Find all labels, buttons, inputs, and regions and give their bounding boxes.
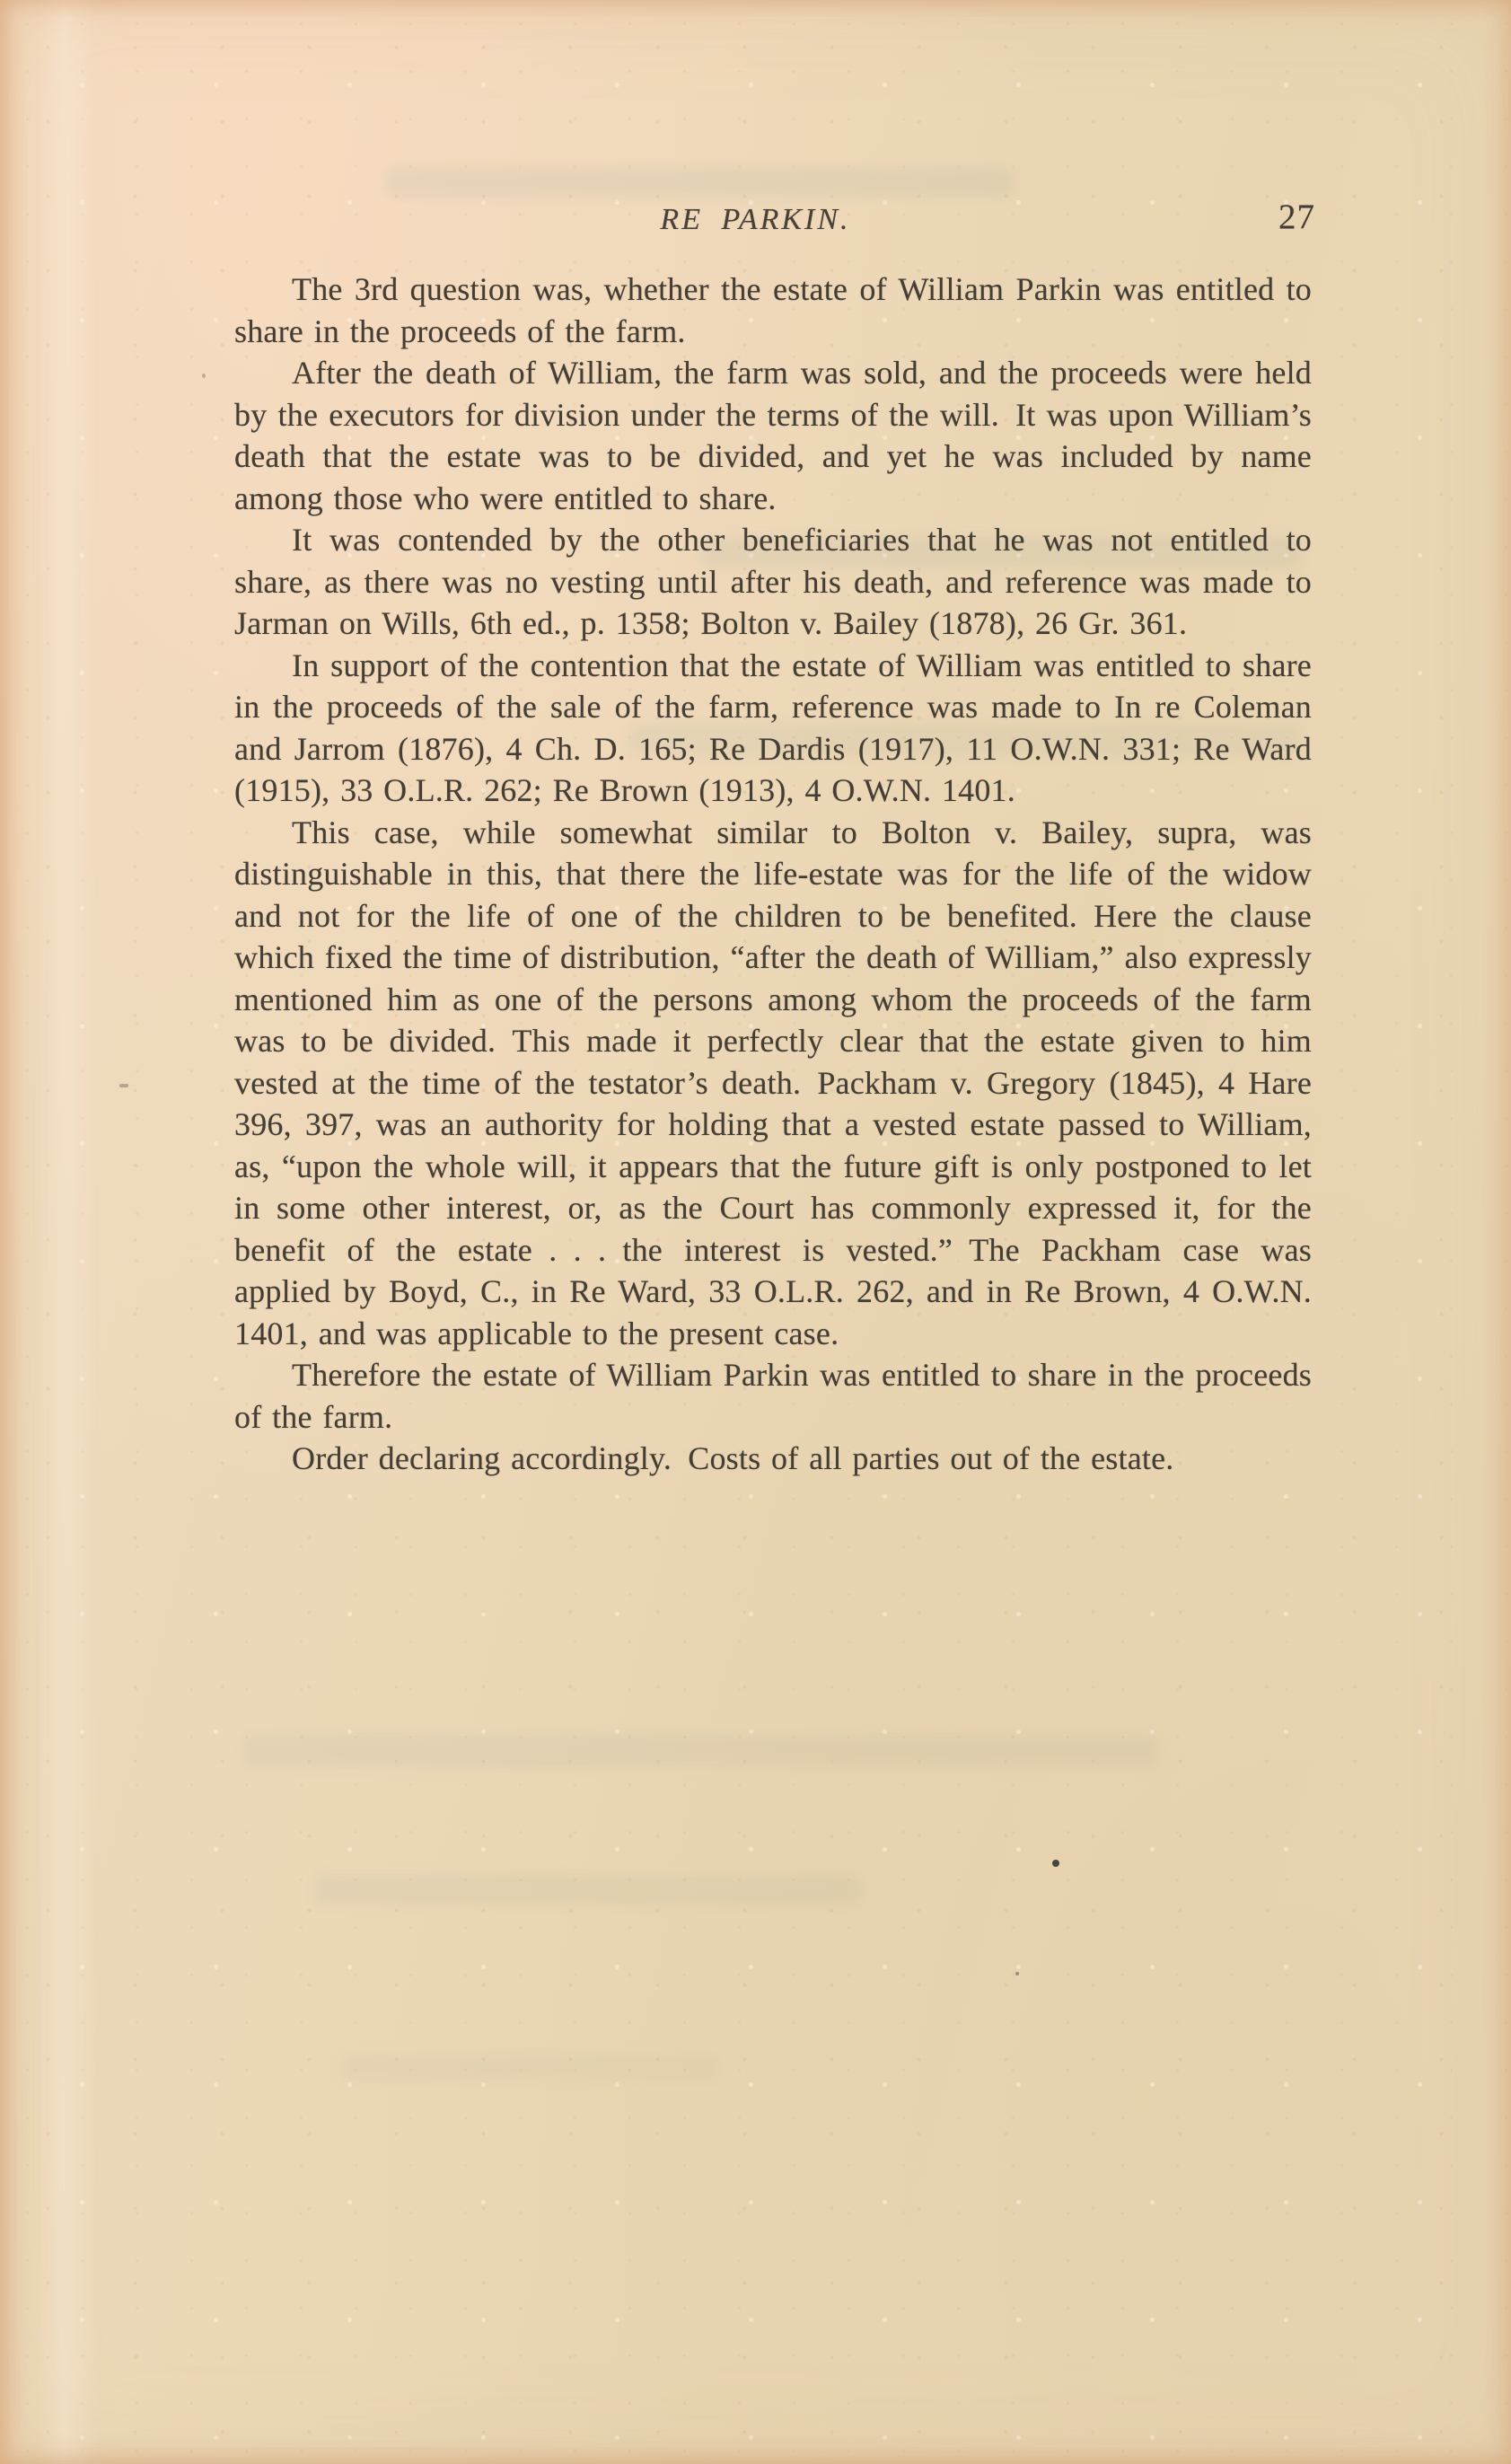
ink-speck (202, 374, 206, 378)
page-number: 27 (1278, 197, 1315, 237)
body-paragraph-2: After the death of William, the farm was… (234, 352, 1312, 519)
body-paragraph-1: The 3rd question was, whether the estate… (234, 268, 1312, 352)
body-paragraph-3: It was contended by the other beneficiar… (234, 519, 1312, 645)
show-through-ghost (242, 1735, 1158, 1767)
body-paragraph-6: Therefore the estate of William Parkin w… (234, 1354, 1312, 1438)
show-through-ghost (314, 1875, 862, 1905)
show-through-ghost (341, 2055, 718, 2081)
ink-speck (119, 1084, 128, 1087)
body-paragraph-7: Order declaring accordingly. Costs of al… (234, 1438, 1312, 1480)
ink-speck (1052, 1860, 1059, 1867)
show-through-ghost (386, 167, 1015, 198)
paper-fiber-band (36, 0, 99, 2464)
scanned-book-page: RE PARKIN. 27 The 3rd question was, whet… (0, 0, 1511, 2464)
page-body: The 3rd question was, whether the estate… (234, 268, 1312, 1480)
body-paragraph-4: In support of the contention that the es… (234, 645, 1312, 812)
ink-speck (1015, 1972, 1019, 1976)
body-paragraph-5: This case, while somewhat similar to Bol… (234, 812, 1312, 1355)
